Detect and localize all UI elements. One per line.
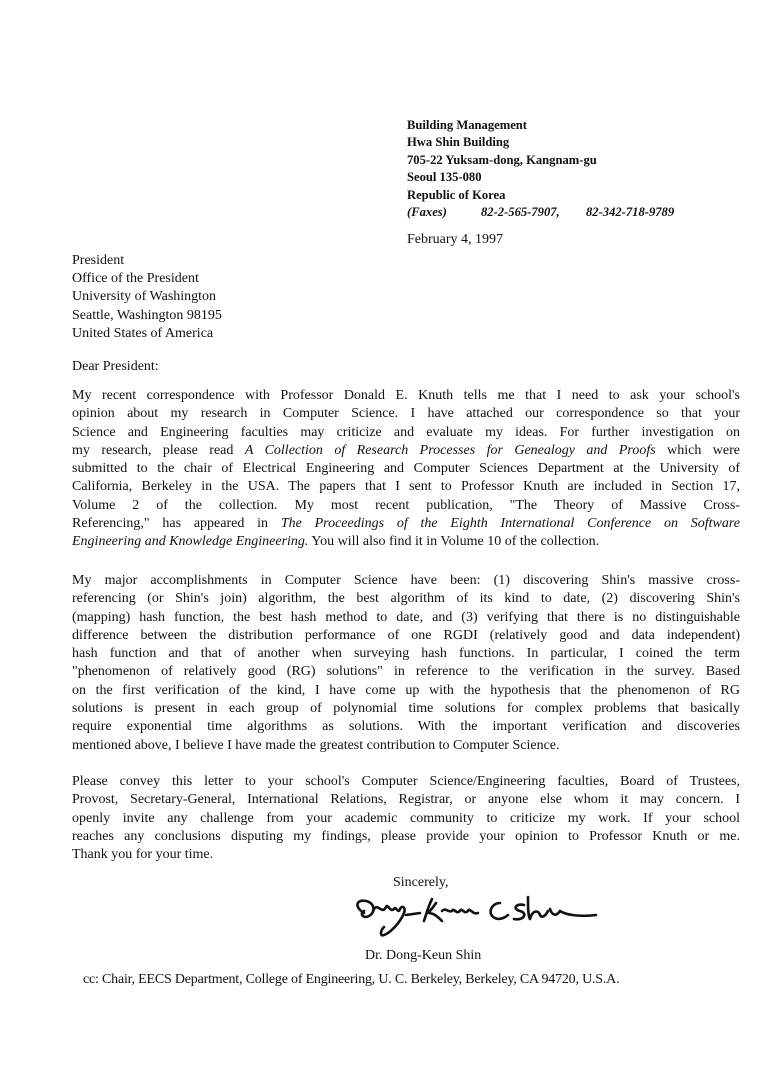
sender-line: Republic of Korea	[407, 187, 674, 204]
paragraph-line: Please convey this letter to your school…	[72, 773, 740, 791]
italic-title: Engineering and Knowledge Engineering.	[72, 534, 308, 549]
paragraph-line: openly invite any challenge from your ac…	[72, 810, 740, 828]
recipient-line: Office of the President	[72, 270, 222, 288]
paragraph-line: difference between the distribution perf…	[72, 627, 740, 645]
sender-line: Building Management	[407, 117, 674, 134]
body-paragraph-1: My recent correspondence with Professor …	[72, 387, 740, 552]
paragraph-line: Thank you for your time.	[72, 846, 740, 864]
recipient-line: Seattle, Washington 98195	[72, 307, 222, 325]
sender-address-block: Building Management Hwa Shin Building 70…	[407, 117, 674, 221]
body-paragraph-3: Please convey this letter to your school…	[72, 773, 740, 864]
fax-line: (Faxes)82-2-565-7907,82-342-718-9789	[407, 204, 674, 221]
sender-line: Seoul 135-080	[407, 169, 674, 186]
paragraph-line: Science and Engineering faculties may cr…	[72, 424, 740, 442]
paragraph-line: Volume 2 of the collection. My most rece…	[72, 497, 740, 515]
fax-number: 82-342-718-9789	[586, 204, 674, 221]
paragraph-line: "phenomenon of relatively good (RG) solu…	[72, 663, 740, 681]
paragraph-line: Provost, Secretary-General, Internationa…	[72, 791, 740, 809]
sender-line: Hwa Shin Building	[407, 134, 674, 151]
paragraph-line: on the first verification of the kind, I…	[72, 682, 740, 700]
paragraph-line: Referencing," has appeared in The Procee…	[72, 515, 740, 533]
recipient-address-block: President Office of the President Univer…	[72, 252, 222, 343]
paragraph-line: mentioned above, I believe I have made t…	[72, 737, 740, 755]
fax-number: 82-2-565-7907,	[481, 204, 586, 221]
handwritten-signature	[350, 893, 600, 937]
letter-date: February 4, 1997	[407, 232, 503, 248]
paragraph-line: solutions is present in each group of po…	[72, 700, 740, 718]
paragraph-line: require exponential time algorithms as s…	[72, 718, 740, 736]
paragraph-line: My major accomplishments in Computer Sci…	[72, 572, 740, 590]
recipient-line: United States of America	[72, 325, 222, 343]
recipient-line: University of Washington	[72, 288, 222, 306]
paragraph-line: (mapping) hash function, the best hash m…	[72, 609, 740, 627]
recipient-line: President	[72, 252, 222, 270]
paragraph-line: Engineering and Knowledge Engineering. Y…	[72, 533, 740, 551]
paragraph-line: referencing (or Shin's join) algorithm, …	[72, 590, 740, 608]
italic-title: A Collection of Research Processes for G…	[245, 443, 656, 458]
paragraph-line: submitted to the chair of Electrical Eng…	[72, 460, 740, 478]
italic-title: The Proceedings of the Eighth Internatio…	[281, 516, 740, 531]
salutation: Dear President:	[72, 359, 159, 375]
sender-line: 705-22 Yuksam-dong, Kangnam-gu	[407, 152, 674, 169]
closing: Sincerely,	[393, 875, 448, 891]
signature-icon	[350, 893, 600, 937]
paragraph-line: hash function and that of another when s…	[72, 645, 740, 663]
paragraph-line: opinion about my research in Computer Sc…	[72, 405, 740, 423]
paragraph-line: my research, please read A Collection of…	[72, 442, 740, 460]
carbon-copy-line: cc: Chair, EECS Department, College of E…	[83, 972, 619, 988]
paragraph-line: reaches any conclusions disputing my fin…	[72, 828, 740, 846]
signer-name: Dr. Dong-Keun Shin	[365, 948, 481, 964]
body-paragraph-2: My major accomplishments in Computer Sci…	[72, 572, 740, 755]
paragraph-line: My recent correspondence with Professor …	[72, 387, 740, 405]
fax-label: (Faxes)	[407, 204, 481, 221]
paragraph-line: California, Berkeley in the USA. The pap…	[72, 478, 740, 496]
